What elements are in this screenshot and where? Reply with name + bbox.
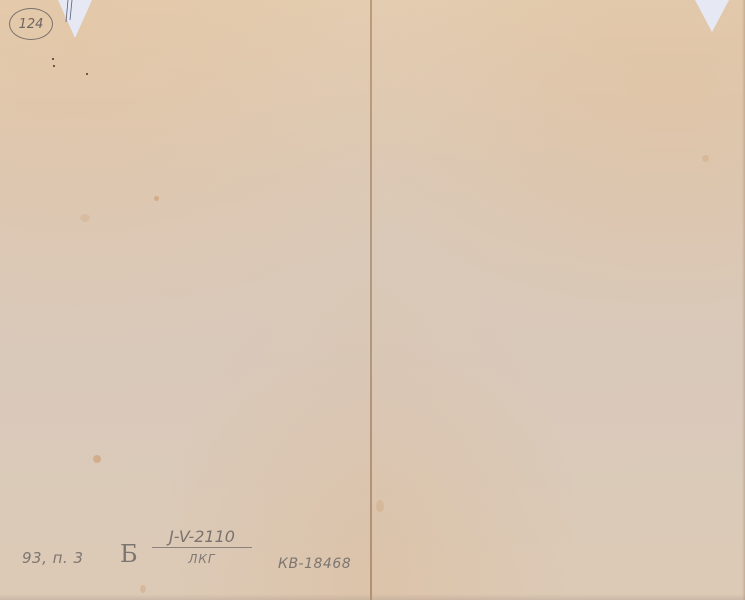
left-panel: 124 93, п. 3 Б J-V-2110 ЛКГ КВ-18468	[0, 0, 371, 600]
paper-speck	[52, 58, 54, 60]
card-bottom-edge	[0, 594, 745, 600]
foxing-spot	[93, 455, 101, 463]
inventory-number-note: КВ-18468	[278, 556, 351, 572]
foxing-spot	[702, 155, 709, 162]
letter-mark-note: Б	[120, 540, 138, 568]
catalog-fraction: J-V-2110 ЛКГ	[152, 527, 252, 566]
scanned-document: 124 93, п. 3 Б J-V-2110 ЛКГ КВ-18468 722…	[0, 0, 745, 600]
foxing-spot	[80, 214, 90, 222]
folio-number-circle: 124	[9, 8, 53, 40]
paper-speck	[86, 73, 88, 75]
paper-speck	[53, 65, 55, 67]
foxing-spot	[154, 196, 159, 201]
foxing-spot	[376, 500, 384, 512]
fond-reference-note: 93, п. 3	[22, 549, 84, 567]
photo-corner-mount-right	[695, 0, 729, 32]
catalog-number: J-V-2110	[152, 527, 252, 548]
foxing-spot	[140, 585, 146, 593]
catalog-subline: ЛКГ	[152, 552, 252, 566]
folio-number: 124	[19, 17, 44, 32]
pencil-strokes-icon	[64, 0, 76, 26]
right-panel: 722(к)	[372, 0, 745, 600]
